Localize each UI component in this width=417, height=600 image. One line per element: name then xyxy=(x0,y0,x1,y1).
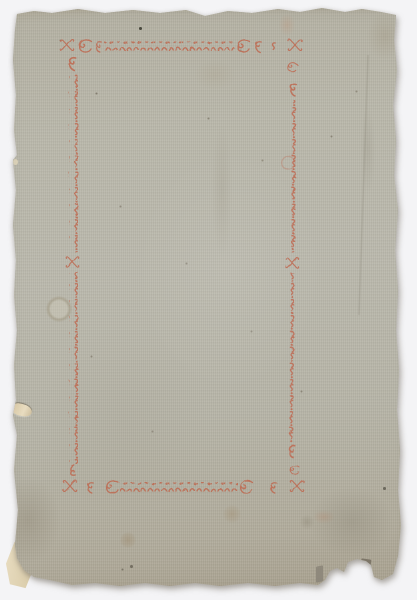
border-ornament-left xyxy=(66,58,79,475)
notch-fragment xyxy=(316,565,323,582)
paper-sheet xyxy=(0,0,417,600)
border-ornament-top xyxy=(60,40,301,52)
paper-wrap xyxy=(0,0,417,600)
photo-backdrop xyxy=(0,0,417,600)
foxing-speckles xyxy=(0,0,1,1)
edge-fleck xyxy=(13,159,18,165)
stencil-border-ornament xyxy=(0,0,417,600)
border-ornament-right xyxy=(279,61,303,474)
notch-fragment xyxy=(361,558,372,566)
border-ornament-bottom xyxy=(63,481,303,493)
